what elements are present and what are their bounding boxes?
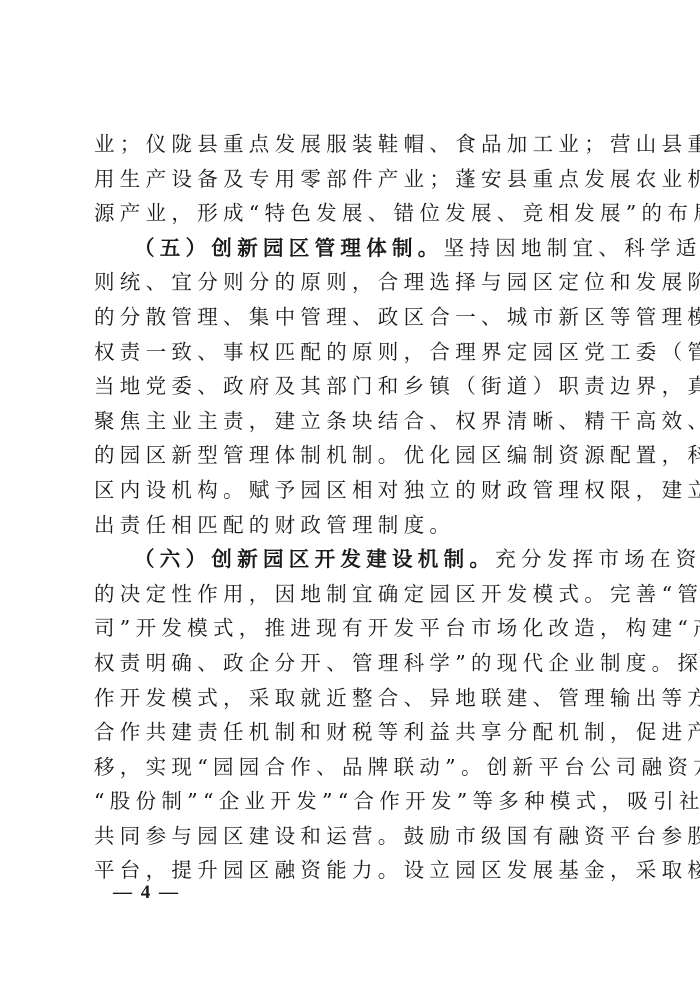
page-number: — 4 — — [113, 882, 180, 904]
section-heading: （五）创新园区管理体制。 — [134, 236, 444, 260]
text-line: 的分散管理、集中管理、政区合一、城市新区等管理模式。按照 — [94, 300, 614, 335]
text-line: 则统、宜分则分的原则，合理选择与园区定位和发展阶段相适应 — [94, 265, 614, 300]
text-line: 权责明确、政企分开、管理科学”的现代企业制度。探索园区合 — [94, 646, 614, 681]
text-line: 的园区新型管理体制机制。优化园区编制资源配置，科学设置园 — [94, 438, 614, 473]
text-line: 作开发模式，采取就近整合、异地联建、管理输出等方式，健全 — [94, 681, 614, 716]
text-line: “股份制”“企业开发”“合作开发”等多种模式，吸引社会资本 — [94, 784, 614, 819]
text-line: 区内设机构。赋予园区相对独立的财政管理权限，建立事权与支 — [94, 473, 614, 508]
text-line: 移，实现“园园合作、品牌联动”。创新平台公司融资方式，采取 — [94, 750, 614, 785]
text-line: 用生产设备及专用零部件产业；蓬安县重点发展农业机械、新能 — [94, 162, 614, 197]
text-line: 源产业，形成“特色发展、错位发展、竞相发展”的布局体系。 — [94, 196, 614, 231]
text-line: 业；仪陇县重点发展服装鞋帽、食品加工业；营山县重点发展专 — [94, 127, 614, 162]
text-line: 当地党委、政府及其部门和乡镇（街道）职责边界，真正使园区 — [94, 369, 614, 404]
text-span: 坚持因地制宜、科学适配、宜统 — [444, 236, 700, 260]
text-line: 的决定性作用，因地制宜确定园区开发模式。完善“管委会+公 — [94, 577, 614, 612]
section-6-first-line: （六）创新园区开发建设机制。充分发挥市场在资源配置中 — [94, 542, 614, 577]
section-5-first-line: （五）创新园区管理体制。坚持因地制宜、科学适配、宜统 — [94, 231, 614, 266]
text-line: 出责任相匹配的财政管理制度。 — [94, 508, 614, 543]
text-line: 合作共建责任机制和财税等利益共享分配机制，促进产业有序转 — [94, 715, 614, 750]
text-span: 充分发挥市场在资源配置中 — [495, 547, 700, 571]
text-line: 共同参与园区建设和运营。鼓励市级国有融资平台参股园区融资 — [94, 819, 614, 854]
document-body: 业；仪陇县重点发展服装鞋帽、食品加工业；营山县重点发展专 用生产设备及专用零部件… — [94, 127, 614, 888]
text-line: 聚焦主业主责，建立条块结合、权界清晰、精干高效、充满活力 — [94, 404, 614, 439]
section-heading: （六）创新园区开发建设机制。 — [134, 547, 495, 571]
text-line: 权责一致、事权匹配的原则，合理界定园区党工委（管委会）与 — [94, 335, 614, 370]
text-line: 司”开发模式，推进现有开发平台市场化改造，构建“产权清晰、 — [94, 611, 614, 646]
